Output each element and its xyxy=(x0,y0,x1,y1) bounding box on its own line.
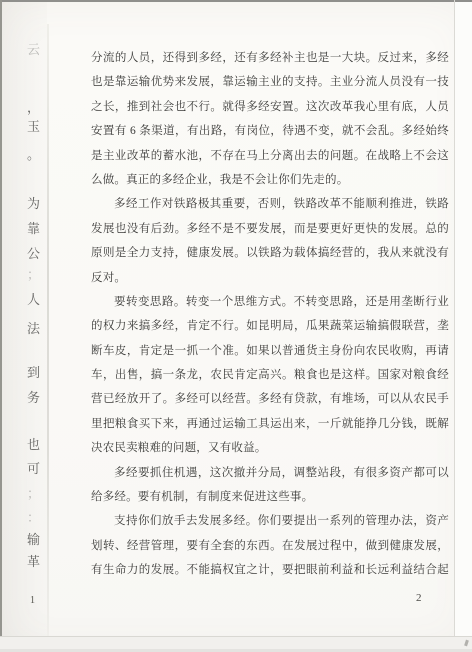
body-text-line: 发展也没有后劲。多经不是不要发展，而是要更好更快的发展。总的 xyxy=(91,217,449,241)
facing-page-character: 云 xyxy=(26,43,41,57)
facing-page-character: 输 xyxy=(26,533,41,547)
facing-page-character: 务 xyxy=(26,391,41,405)
body-text-line: 给多经。要有机制，有制度来促进这些事。 xyxy=(91,485,449,509)
body-text-line: 原则是全力支持，健康发展。以铁路为载体搞经营的，我从来就没有 xyxy=(91,241,449,265)
left-margin-footnote-mark: 1 xyxy=(30,595,35,606)
facing-page-character: ， xyxy=(26,101,41,115)
body-text-line: 里把粮食买下来，再通过运输工具运出来，一斤就能挣几分钱，既解 xyxy=(91,412,449,436)
page-text-block: 分流的人员，还得到多经，还有多经补主也是一大块。反过来，多经也是靠运输优势来发展… xyxy=(91,46,449,583)
facing-page-character: 公 xyxy=(26,247,41,261)
body-text-line: 支持你们放手去发展多经。你们要提出一系列的管理办法，资产 xyxy=(91,509,449,533)
body-text-line: 反对。 xyxy=(91,266,449,290)
body-text-line: 的权力来搞多经，肯定不行。如昆明局，瓜果蔬菜运输搞假联营，垄 xyxy=(91,314,449,338)
body-text-line: 分流的人员，还得到多经，还有多经补主也是一大块。反过来，多经 xyxy=(91,46,449,70)
facing-page-character: 玉 xyxy=(26,120,41,134)
body-text-line: 也是靠运输优势来发展，靠运输主业的支持。主业分流人员没有一技 xyxy=(91,70,449,94)
facing-page-character: ： xyxy=(26,511,41,525)
facing-page-character: 。 xyxy=(26,148,41,162)
facing-page-character: 到 xyxy=(26,366,41,380)
body-text-line: 决农民卖粮难的问题，又有收益。 xyxy=(91,436,449,460)
body-text-line: 之长，推到社会也不行。就得多经安置。这次改革我心里有底，人员 xyxy=(91,95,449,119)
body-text-line: 有生命力的发展。不能搞权宜之计，要把眼前利益和长远利益结合起 xyxy=(91,558,449,582)
facing-page-character: 为 xyxy=(26,197,41,211)
body-text-line: 营已经放开了。多经可以经营。多经有贷款，有堆场，可以从农民手 xyxy=(91,387,449,411)
facing-page-character: 人 xyxy=(26,293,41,307)
body-text-line: 是主业改革的蓄水池，不存在马上分离出去的问题。在战略上不会这 xyxy=(91,144,449,168)
body-text-line: 安置有 6 条渠道，有出路，有岗位，待遇不变，就不会乱。多经始终 xyxy=(91,119,449,143)
body-text-line: 断车皮，肯定是一抓一个准。如果以普通货主身份向农民收购，再请 xyxy=(91,339,449,363)
facing-page-character: 法 xyxy=(26,322,41,336)
body-text-line: 划转、经营管理，要有全套的东西。在发展过程中，做到健康发展， xyxy=(91,534,449,558)
body-text-line: 多经工作对铁路极其重要，否则，铁路改革不能顺利推进，铁路 xyxy=(91,192,449,216)
page-number: 2 xyxy=(416,592,422,604)
page-fold-line xyxy=(47,24,49,636)
facing-page-character: 革 xyxy=(26,555,41,569)
facing-page-character: 靠 xyxy=(26,222,41,236)
facing-page-character: ； xyxy=(26,268,41,282)
page-right-margin xyxy=(455,2,472,636)
body-text-line: 么做。真正的多经企业，我是不会让你们先走的。 xyxy=(91,168,449,192)
scan-border-top xyxy=(0,0,472,2)
body-text-line: 车，出售，搞一条龙，农民肯定高兴。粮食也是这样。国家对粮食经 xyxy=(91,363,449,387)
facing-page-character: ； xyxy=(26,487,41,501)
body-text-line: 多经要抓住机遇，这次撤并分局，调整站段，有很多资产都可以 xyxy=(91,461,449,485)
scanned-page: 云，玉。为靠公；人法到务也可；：输革 分流的人员，还得到多经，还有多经补主也是一… xyxy=(0,0,472,652)
facing-page-text-sliver: 云，玉。为靠公；人法到务也可；：输革 xyxy=(0,0,47,652)
facing-page-character: 可 xyxy=(26,462,41,476)
body-text-line: 要转变思路。转变一个思维方式。不转变思路，还是用垄断行业 xyxy=(91,290,449,314)
facing-page-character: 也 xyxy=(26,438,41,452)
